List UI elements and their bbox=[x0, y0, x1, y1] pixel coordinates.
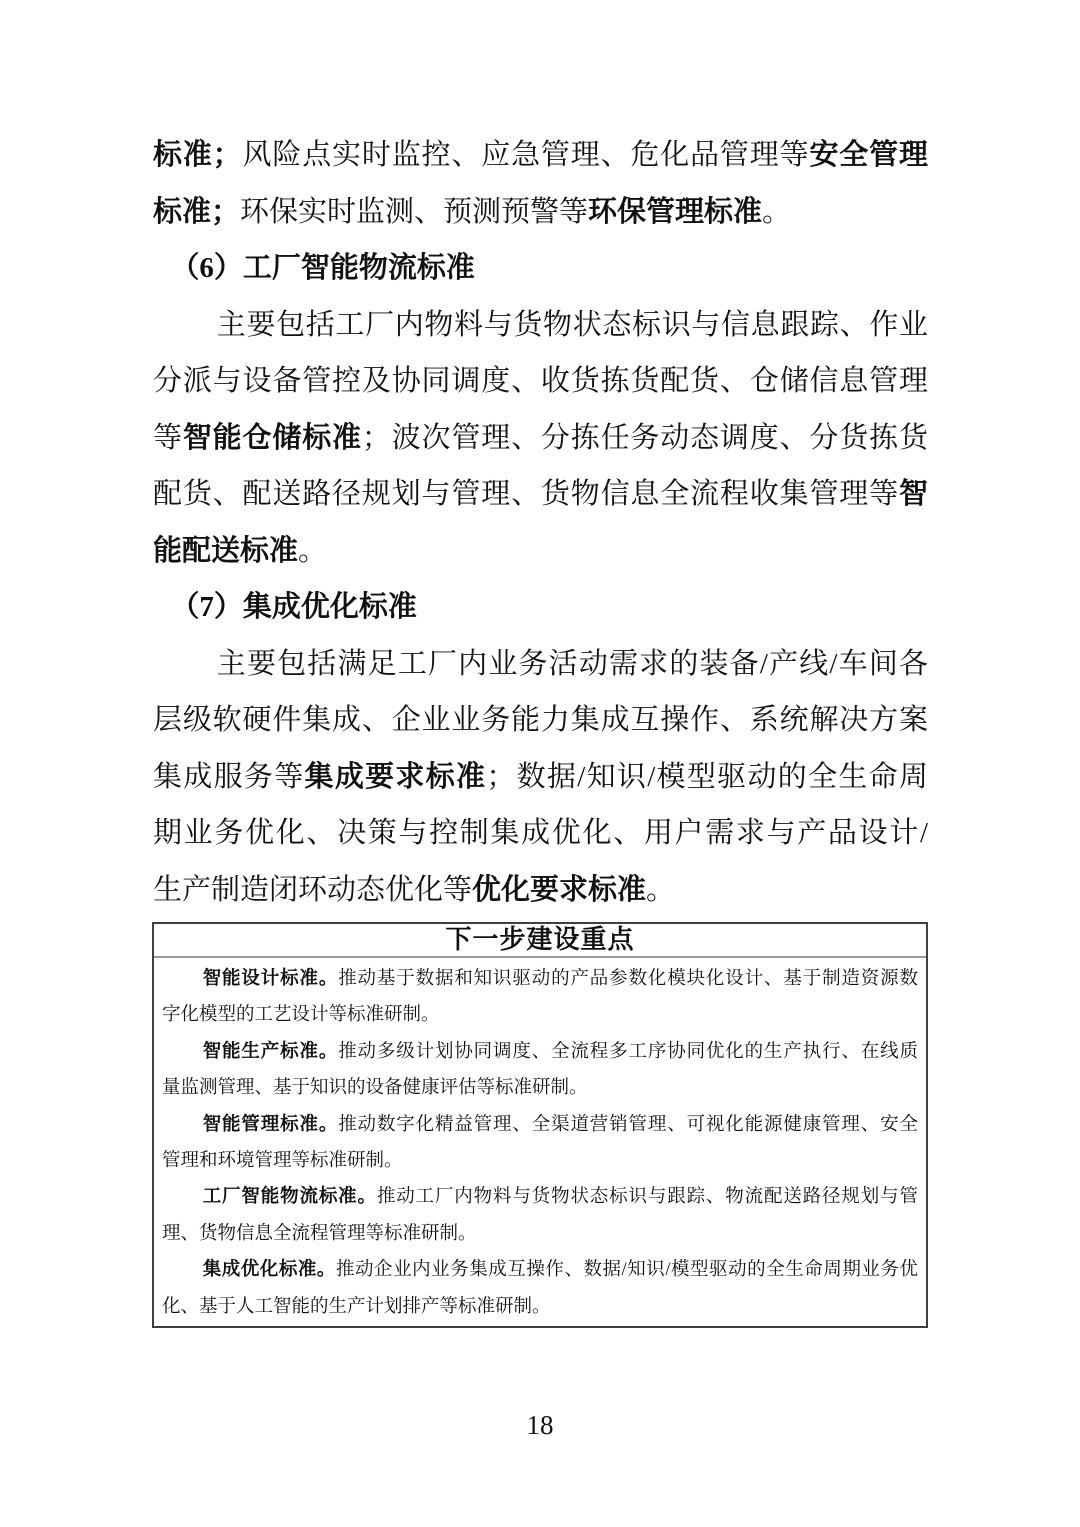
next-steps-box-body: 智能设计标准。推动基于数据和知识驱动的产品参数化模块化设计、基于制造资源数字化模… bbox=[154, 958, 926, 1325]
body-paragraphs: 标准；风险点实时监控、应急管理、危化品管理等安全管理标准；环保实时监测、预测预警… bbox=[153, 127, 928, 918]
text-run: 量监测管理、基于知识的设备健康评估等标准研制。 bbox=[162, 1078, 588, 1098]
text-run: 风险点实时监控、应急管理、危化品管理等 bbox=[242, 139, 810, 171]
document-page: 标准；风险点实时监控、应急管理、危化品管理等安全管理标准；环保实时监测、预测预警… bbox=[0, 0, 1080, 1527]
text-line: 化、基于人工智能的生产计划排产等标准研制。 bbox=[162, 1289, 918, 1325]
text-run: 推动工厂内物料与货物状态标识与跟踪、物流配送路径规划与管 bbox=[377, 1187, 918, 1207]
text-line: 生产制造闭环动态优化等优化要求标准。 bbox=[153, 862, 928, 919]
text-run: 推动多级计划协同调度、全流程多工序协同优化的生产执行、在线质 bbox=[338, 1042, 918, 1062]
text-run: 推动企业内业务集成互操作、数据/知识/模型驱动的全生命周期业务优 bbox=[336, 1260, 918, 1280]
text-line: 层级软硬件集成、企业业务能力集成互操作、系统解决方案 bbox=[153, 692, 928, 749]
next-steps-box: 下一步建设重点 智能设计标准。推动基于数据和知识驱动的产品参数化模块化设计、基于… bbox=[152, 922, 928, 1328]
text-run: 。 bbox=[298, 535, 327, 567]
text-line: 工厂智能物流标准。推动工厂内物料与货物状态标识与跟踪、物流配送路径规划与管 bbox=[162, 1179, 918, 1215]
text-line: 标准；风险点实时监控、应急管理、危化品管理等安全管理 bbox=[153, 127, 928, 184]
text-line: 集成优化标准。推动企业内业务集成互操作、数据/知识/模型驱动的全生命周期业务优 bbox=[162, 1252, 918, 1288]
bold-text-run: 智能仓储标准 bbox=[183, 422, 362, 454]
next-steps-box-title: 下一步建设重点 bbox=[154, 924, 926, 958]
bold-text-run: 集成要求标准 bbox=[305, 761, 487, 793]
text-run: 生产制造闭环动态优化等 bbox=[153, 874, 472, 906]
text-run: 等 bbox=[153, 422, 183, 454]
text-run: 。 bbox=[762, 196, 791, 228]
text-line: 标准；环保实时监测、预测预警等环保管理标准。 bbox=[153, 184, 928, 241]
text-run: 分派与设备管控及协同调度、收货拣货配货、仓储信息管理 bbox=[153, 365, 928, 397]
bold-text-run: 工厂智能物流标准。 bbox=[203, 1187, 377, 1207]
bold-text-run: 智 bbox=[899, 478, 928, 510]
text-line: 主要包括满足工厂内业务活动需求的装备/产线/车间各 bbox=[153, 636, 928, 693]
text-line: 智能管理标准。推动数字化精益管理、全渠道营销管理、可视化能源健康管理、安全 bbox=[162, 1107, 918, 1143]
text-run: 理、货物信息全流程管理等标准研制。 bbox=[162, 1224, 477, 1244]
bold-text-run: 环保管理标准 bbox=[588, 196, 762, 228]
text-run: ；波次管理、分拣任务动态调度、分货拣货 bbox=[362, 422, 928, 454]
text-run: 期业务优化、决策与控制集成优化、用户需求与产品设计/ bbox=[153, 817, 928, 849]
text-line: 期业务优化、决策与控制集成优化、用户需求与产品设计/ bbox=[153, 805, 928, 862]
text-line: 量监测管理、基于知识的设备健康评估等标准研制。 bbox=[162, 1070, 918, 1106]
text-run: 主要包括工厂内物料与货物状态标识与信息跟踪、作业 bbox=[217, 309, 928, 341]
bold-text-run: 智能生产标准。 bbox=[203, 1042, 339, 1062]
text-run: 主要包括满足工厂内业务活动需求的装备/产线/车间各 bbox=[217, 648, 928, 680]
bold-text-run: 集成优化标准。 bbox=[203, 1260, 336, 1280]
text-run: 层级软硬件集成、企业业务能力集成互操作、系统解决方案 bbox=[153, 704, 928, 736]
bold-text-run: 优化要求标准 bbox=[472, 874, 646, 906]
bold-text-run: 智能设计标准。 bbox=[203, 969, 339, 989]
bold-text-run: 标准； bbox=[153, 196, 240, 228]
text-run: 配货、配送路径规划与管理、货物信息全流程收集管理等 bbox=[153, 478, 899, 510]
text-line: 字化模型的工艺设计等标准研制。 bbox=[162, 997, 918, 1033]
text-line: 分派与设备管控及协同调度、收货拣货配货、仓储信息管理 bbox=[153, 353, 928, 410]
bold-text-run: 标准； bbox=[153, 139, 242, 171]
text-line: 主要包括工厂内物料与货物状态标识与信息跟踪、作业 bbox=[153, 297, 928, 354]
text-run: 字化模型的工艺设计等标准研制。 bbox=[162, 1005, 440, 1025]
bold-text-run: 智能管理标准。 bbox=[203, 1115, 339, 1135]
bold-text-run: （7）集成优化标准 bbox=[170, 591, 417, 623]
page-number: 18 bbox=[0, 1410, 1080, 1441]
section-heading: （7）集成优化标准 bbox=[153, 579, 928, 636]
text-run: 化、基于人工智能的生产计划排产等标准研制。 bbox=[162, 1297, 551, 1317]
text-run: 。 bbox=[646, 874, 675, 906]
bold-text-run: （6）工厂智能物流标准 bbox=[170, 252, 475, 284]
text-line: 配货、配送路径规划与管理、货物信息全流程收集管理等智 bbox=[153, 466, 928, 523]
text-run: 集成服务等 bbox=[153, 761, 305, 793]
text-line: 集成服务等集成要求标准；数据/知识/模型驱动的全生命周 bbox=[153, 749, 928, 806]
text-run: 管理和环境管理等标准研制。 bbox=[162, 1151, 403, 1171]
text-line: 管理和环境管理等标准研制。 bbox=[162, 1143, 918, 1179]
bold-text-run: 能配送标准 bbox=[153, 535, 298, 567]
bold-text-run: 安全管理 bbox=[809, 139, 928, 171]
text-run: 推动数字化精益管理、全渠道营销管理、可视化能源健康管理、安全 bbox=[338, 1115, 918, 1135]
text-run: 环保实时监测、预测预警等 bbox=[240, 196, 588, 228]
section-heading: （6）工厂智能物流标准 bbox=[153, 240, 928, 297]
text-run: 推动基于数据和知识驱动的产品参数化模块化设计、基于制造资源数 bbox=[338, 969, 918, 989]
text-line: 能配送标准。 bbox=[153, 523, 928, 580]
text-run: ；数据/知识/模型驱动的全生命周 bbox=[486, 761, 928, 793]
text-line: 等智能仓储标准；波次管理、分拣任务动态调度、分货拣货 bbox=[153, 410, 928, 467]
text-line: 智能设计标准。推动基于数据和知识驱动的产品参数化模块化设计、基于制造资源数 bbox=[162, 961, 918, 997]
text-line: 智能生产标准。推动多级计划协同调度、全流程多工序协同优化的生产执行、在线质 bbox=[162, 1034, 918, 1070]
text-line: 理、货物信息全流程管理等标准研制。 bbox=[162, 1216, 918, 1252]
